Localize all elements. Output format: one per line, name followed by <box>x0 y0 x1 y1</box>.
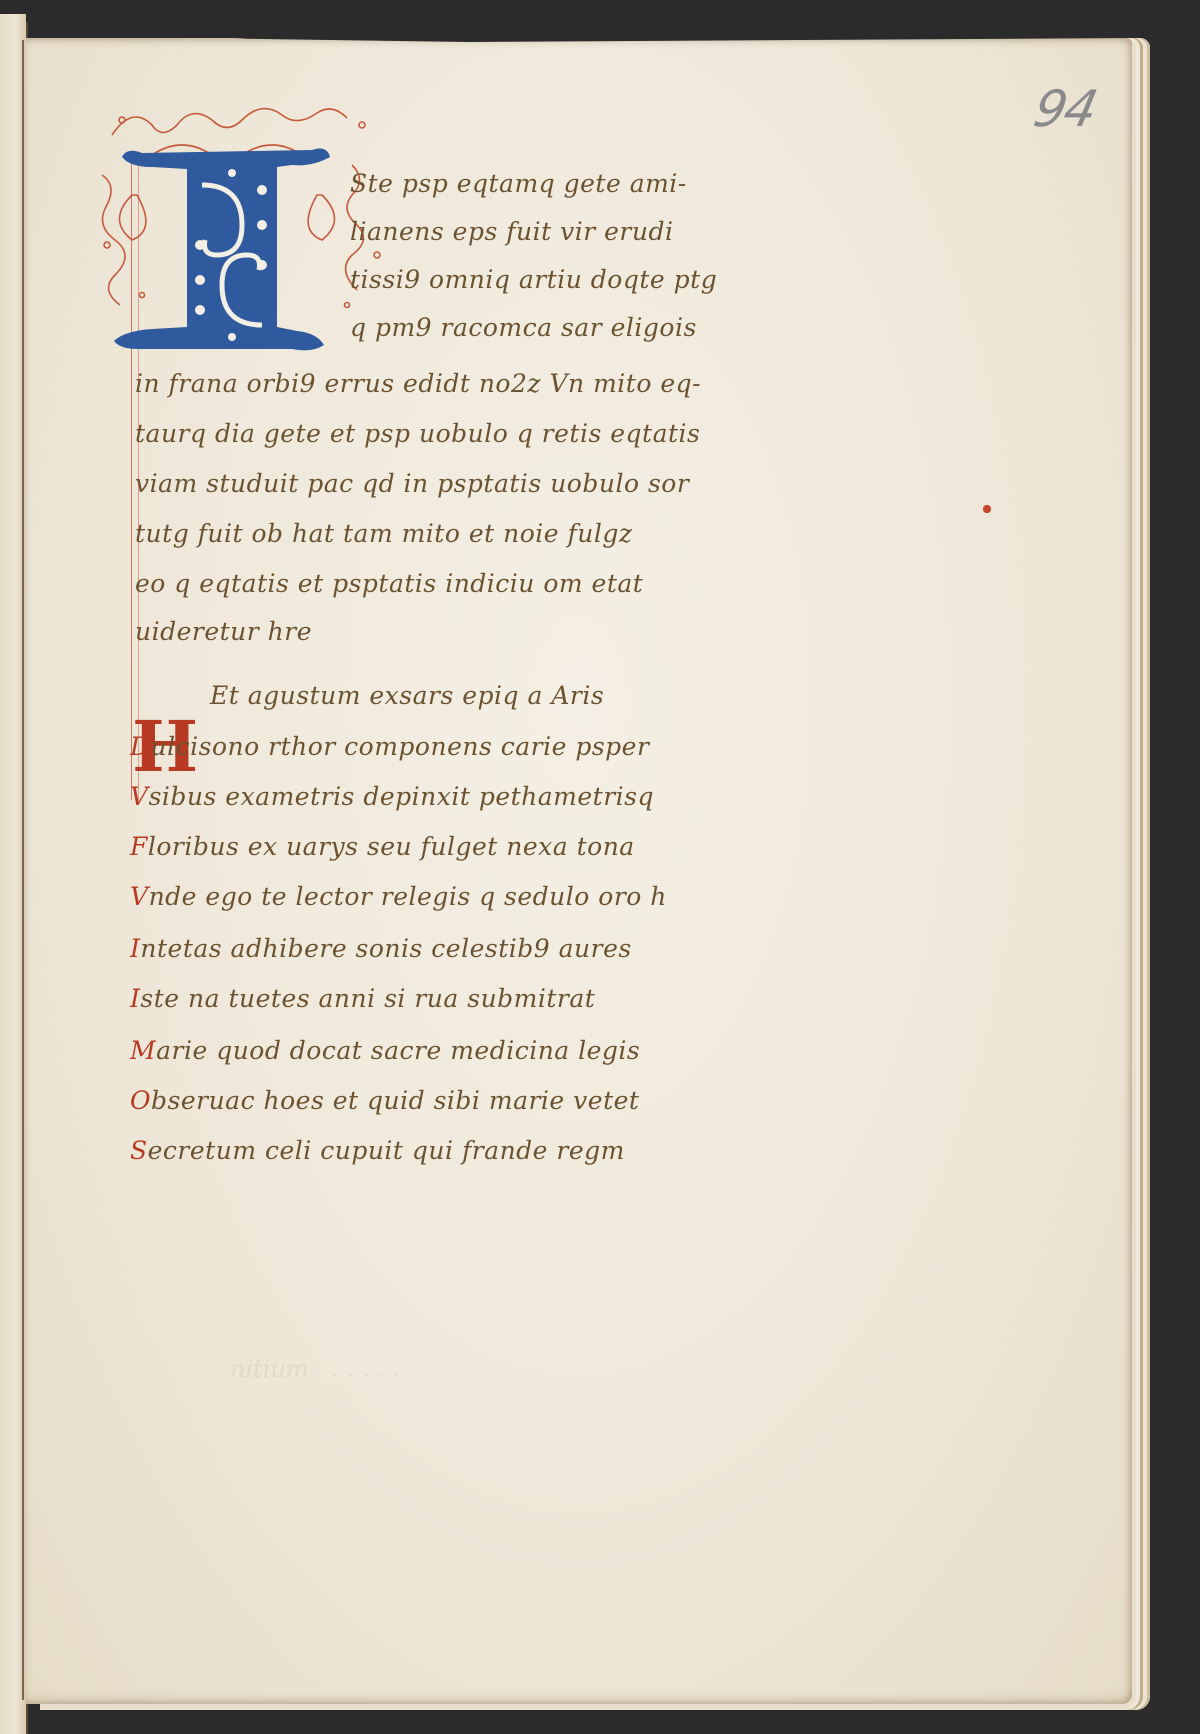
text-line-13: Vsibus exametris depinxit pethametrisq <box>130 773 654 821</box>
text-line-12: Dulcisono rthor componens carie psper <box>130 723 649 771</box>
text-line-14: Floribus ex uarys seu fulget nexa tona <box>130 823 635 871</box>
gutter-line <box>22 40 24 1700</box>
red-ink-spot <box>983 505 991 513</box>
text-line-20: Secretum celi cupuit qui frande regm <box>130 1127 625 1175</box>
text-line-6: taurq dia gete et psp uobulo q retis eqt… <box>135 410 700 458</box>
text-line-10: uideretur hre <box>135 608 312 656</box>
show-through-text: nitium . . . . . . <box>230 1355 750 1385</box>
text-line-16: Intetas adhibere sonis celestib9 aures <box>130 925 632 973</box>
text-line-7: viam studuit pac qd in psptatis uobulo s… <box>135 460 689 508</box>
folio-number: 94 <box>1029 80 1101 138</box>
text-line-5: in frana orbi9 errus edidt no2z Vn mito … <box>135 360 701 408</box>
text-line-3: tissi9 omniq artiu doqte ptg <box>350 256 717 304</box>
decorated-initial-i-icon <box>92 95 392 395</box>
text-line-18: Marie quod docat sacre medicina legis <box>130 1027 640 1075</box>
text-line-4: q pm9 racomca sar eligois <box>350 304 697 352</box>
text-line-1: Ste psp eqtamq gete ami- <box>350 160 687 208</box>
text-line-8: tutg fuit ob hat tam mito et noie fulgz <box>135 510 633 558</box>
text-line-2: lianens eps fuit vir erudi <box>350 208 673 256</box>
text-line-19: Obseruac hoes et quid sibi marie vetet <box>130 1077 639 1125</box>
text-line-9: eo q eqtatis et psptatis indiciu om etat <box>135 560 643 608</box>
text-line-11: Et agustum exsars epiq a Aris <box>210 672 604 720</box>
text-line-17: Iste na tuetes anni si rua submitrat <box>130 975 595 1023</box>
text-line-15: Vnde ego te lector relegis q sedulo oro … <box>130 873 667 921</box>
